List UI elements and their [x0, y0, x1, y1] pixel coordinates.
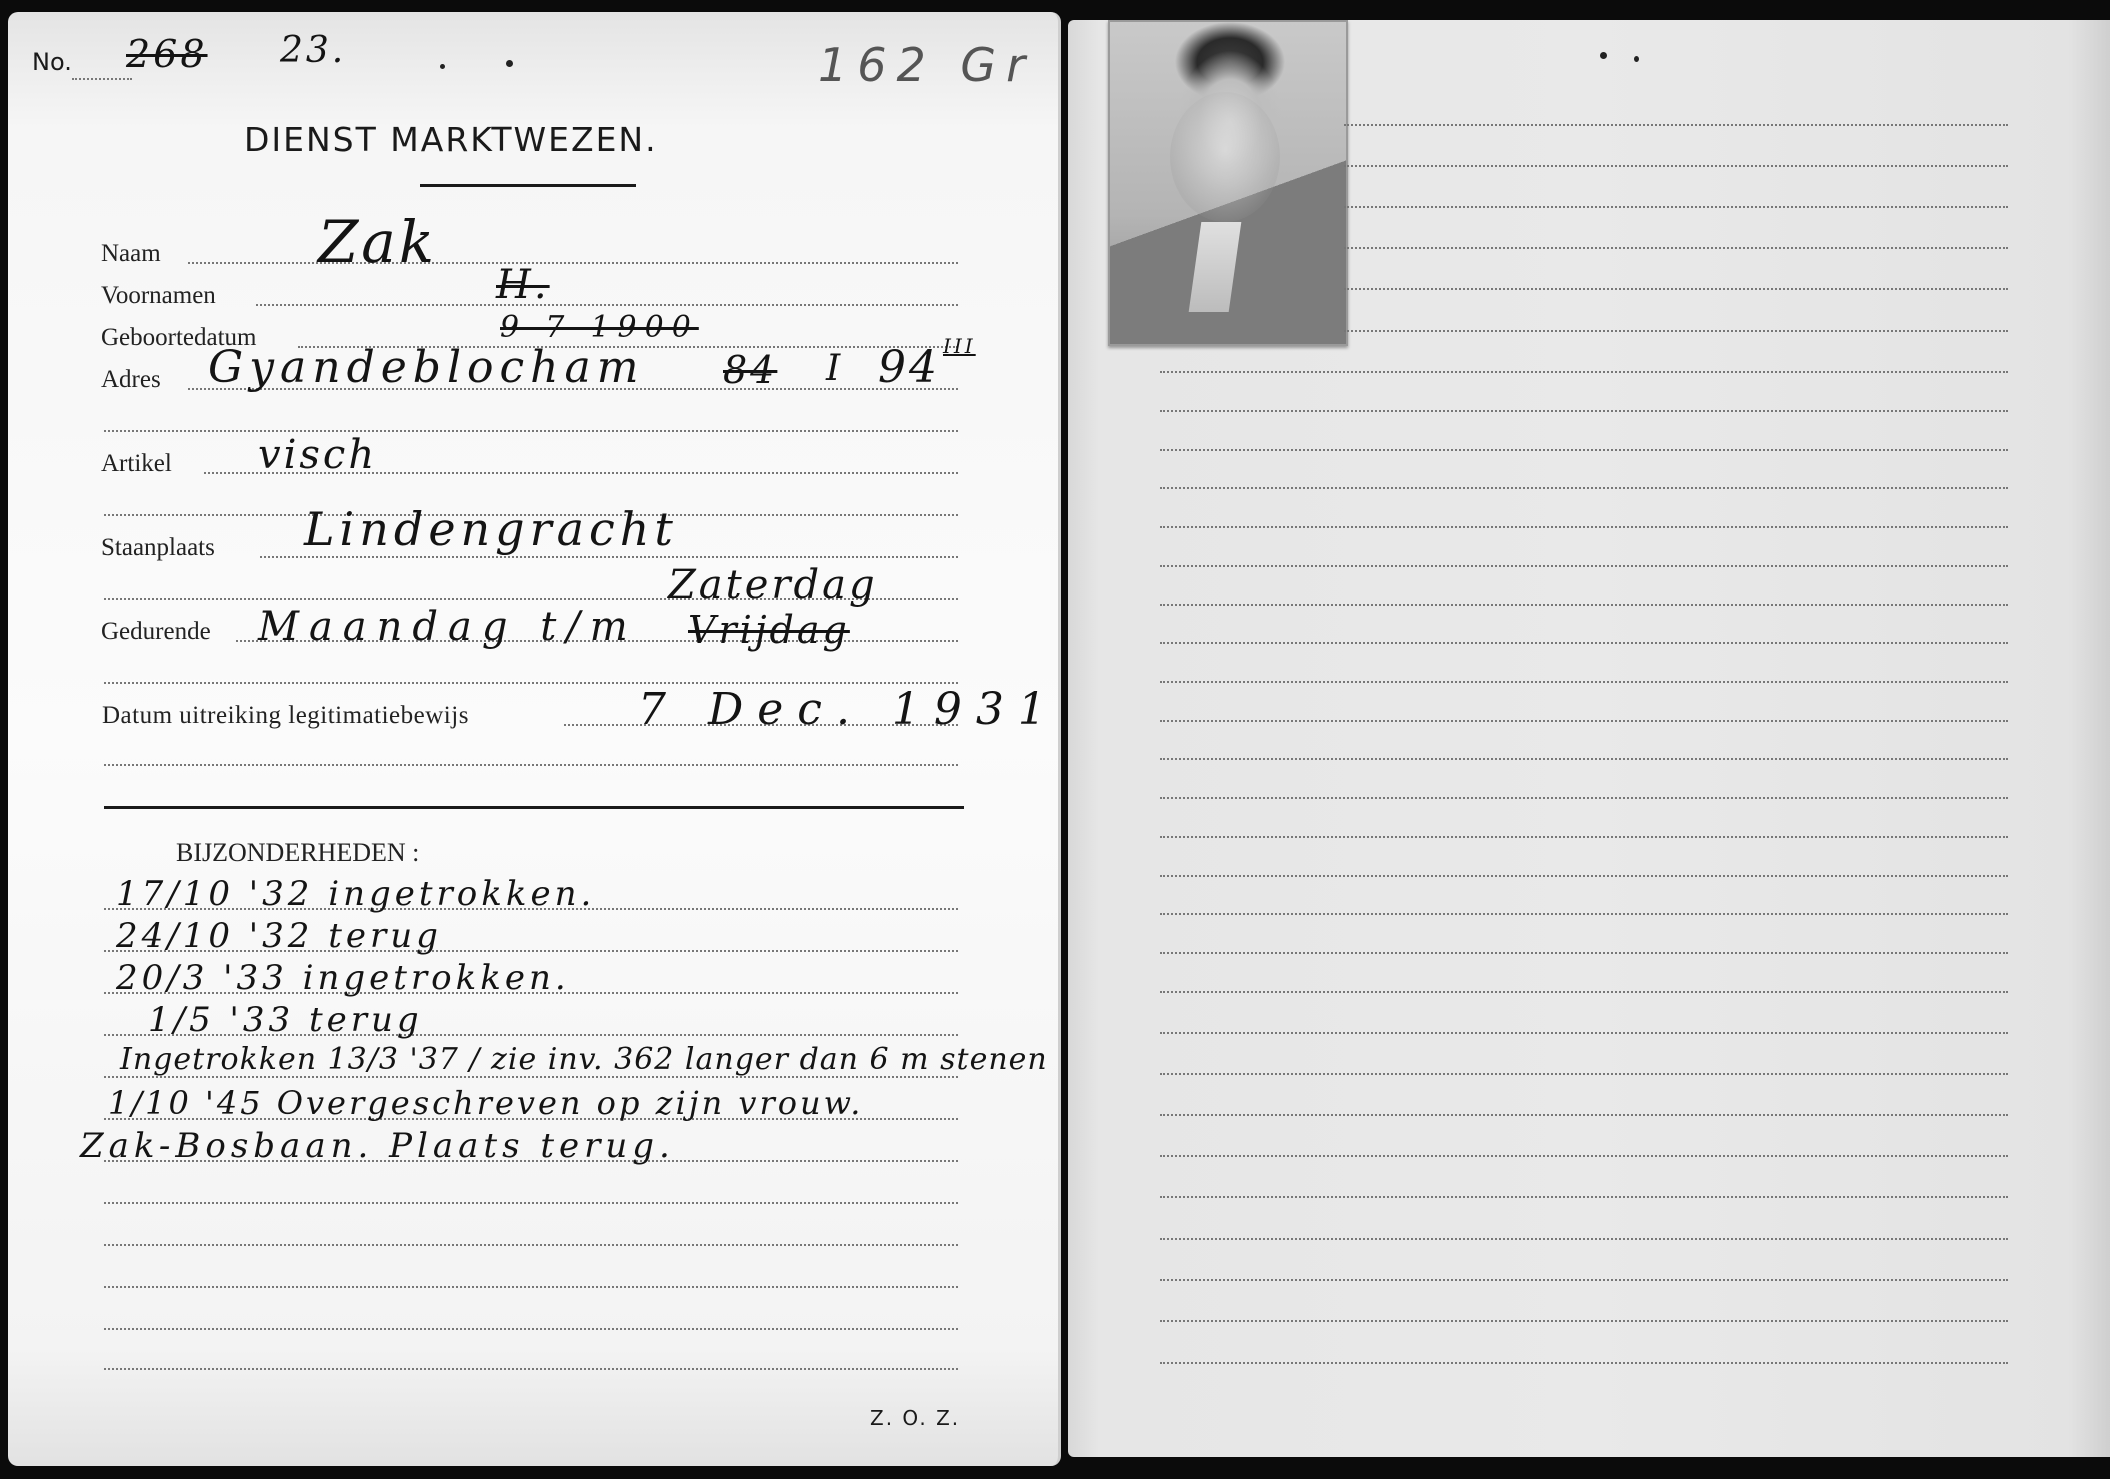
- page-title: DIENST MARKTWEZEN.: [244, 120, 658, 159]
- bijz-entry: 17/10 '32 ingetrokken.: [116, 874, 595, 914]
- adres-extra: 94: [878, 342, 940, 393]
- voornamen-label: Voornamen: [101, 282, 216, 310]
- naam-value: Zak: [318, 208, 437, 276]
- blank-line: [1160, 875, 2008, 877]
- bijz-entry: Zak-Bosbaan. Plaats terug.: [80, 1126, 675, 1166]
- zoz-footer: Z. O. Z.: [870, 1406, 960, 1430]
- punch-mark: [440, 64, 445, 69]
- bijz-entry: 24/10 '32 terug: [116, 916, 442, 956]
- pencil-annotation: 162 Gr: [818, 38, 1035, 92]
- number-value: 23.: [280, 30, 346, 71]
- blank-line: [1160, 1362, 2008, 1364]
- naam-label: Naam: [101, 240, 161, 268]
- voornamen-line: [256, 304, 958, 306]
- blank-line: [1344, 124, 2008, 126]
- blank-line: [1160, 1114, 2008, 1116]
- bijz-line: [104, 1202, 958, 1204]
- blank-line: [1160, 487, 2008, 489]
- blank-line: [1160, 565, 2008, 567]
- blank-line: [1160, 681, 2008, 683]
- blank-line: [1160, 642, 2008, 644]
- blank-line: [1160, 1320, 2008, 1322]
- blank-line: [1160, 758, 2008, 760]
- blank-line: [1344, 206, 2008, 208]
- bijzonderheden-header: BIJZONDERHEDEN :: [176, 838, 419, 868]
- punch-mark: [1634, 56, 1639, 62]
- adres-line-2: [104, 430, 958, 432]
- blank-line: [1160, 604, 2008, 606]
- blank-line: [1160, 1238, 2008, 1240]
- registration-card-back: [1068, 20, 2110, 1457]
- blank-line: [1344, 247, 2008, 249]
- blank-line: [1160, 991, 2008, 993]
- voornamen-value: H.: [496, 262, 550, 308]
- blank-line: [1160, 1279, 2008, 1281]
- number-dotted-line: [72, 78, 132, 80]
- artikel-value: visch: [258, 432, 377, 478]
- blank-line: [1160, 1155, 2008, 1157]
- gedurende-struck: Vrijdag: [688, 608, 850, 652]
- section-divider: [104, 806, 964, 809]
- adres-street: Gyandeblocham: [208, 342, 644, 393]
- datum-line-2: [104, 764, 958, 766]
- blank-line: [1344, 165, 2008, 167]
- punch-mark: [1600, 52, 1607, 59]
- naam-line: [188, 262, 958, 264]
- blank-line: [1160, 371, 2008, 373]
- blank-line: [1160, 410, 2008, 412]
- blank-line: [1160, 836, 2008, 838]
- blank-line: [1160, 526, 2008, 528]
- photo-face: [1170, 92, 1280, 222]
- bijz-entry: 1/10 '45 Overgeschreven op zijn vrouw.: [108, 1084, 863, 1122]
- photo-collar: [1189, 222, 1242, 312]
- adres-label: Adres: [101, 366, 161, 394]
- blank-line: [1160, 449, 2008, 451]
- blank-line: [1344, 330, 2008, 332]
- bijz-line: [104, 1368, 958, 1370]
- blank-line: [1160, 720, 2008, 722]
- staanplaats-label: Staanplaats: [101, 534, 215, 562]
- blank-line: [1160, 797, 2008, 799]
- datum-uitreiking-label: Datum uitreiking legitimatiebewijs: [102, 702, 469, 730]
- adres-number-struck: 84: [723, 348, 777, 392]
- bijz-entry: 1/5 '33 terug: [148, 1000, 423, 1040]
- adres-extra-sup: III: [943, 334, 976, 358]
- staanplaats-line: [260, 556, 958, 558]
- portrait-photo: [1108, 20, 1348, 346]
- gedurende-label: Gedurende: [101, 618, 211, 646]
- blank-line: [1160, 1073, 2008, 1075]
- artikel-label: Artikel: [101, 450, 172, 478]
- number-label: No.: [32, 48, 72, 76]
- geboortedatum-value: 9-7-1900: [500, 310, 699, 345]
- number-struck: 268: [126, 32, 208, 76]
- blank-line: [1160, 1196, 2008, 1198]
- bijz-line: [104, 1328, 958, 1330]
- blank-line: [1160, 952, 2008, 954]
- gedurende-value: Maandag t/m: [258, 604, 638, 650]
- bijz-entry: 20/3 '33 ingetrokken.: [116, 958, 570, 998]
- bijz-entry: Ingetrokken 13/3 '37 / zie inv. 362 lang…: [120, 1042, 1048, 1077]
- bijz-line: [104, 1286, 958, 1288]
- staanplaats-value: Lindengracht: [304, 502, 678, 556]
- title-underline: [420, 184, 636, 187]
- blank-line: [1344, 288, 2008, 290]
- adres-floor: I: [826, 348, 843, 389]
- datum-uitreiking-value: 7 Dec. 1931: [638, 684, 1060, 735]
- gedurende-correction: Zaterdag: [668, 562, 878, 608]
- blank-line: [1160, 913, 2008, 915]
- bijz-line: [104, 1244, 958, 1246]
- blank-line: [1160, 1032, 2008, 1034]
- registration-card-front: No. 268 23. 162 Gr DIENST MARKTWEZEN. Na…: [8, 12, 1061, 1466]
- punch-mark: [506, 60, 513, 67]
